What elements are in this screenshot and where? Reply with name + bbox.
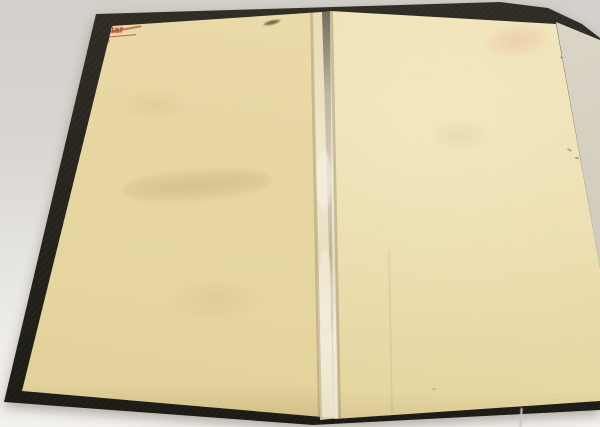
page-speck [432,388,436,390]
paper-blotch [120,90,190,120]
paper-blotch [170,280,260,320]
ink-smudge [263,18,282,27]
residue-patch [318,250,332,330]
residue-patch [316,150,332,210]
paper-blotch [430,120,490,150]
photo-open-book: Archiv-Exemplar Hauptstelle A/… [0,0,600,427]
page-speck [575,157,579,160]
water-stain [121,163,273,207]
page-speck [567,148,572,152]
stamp-offset-ghost-mark [485,23,550,59]
